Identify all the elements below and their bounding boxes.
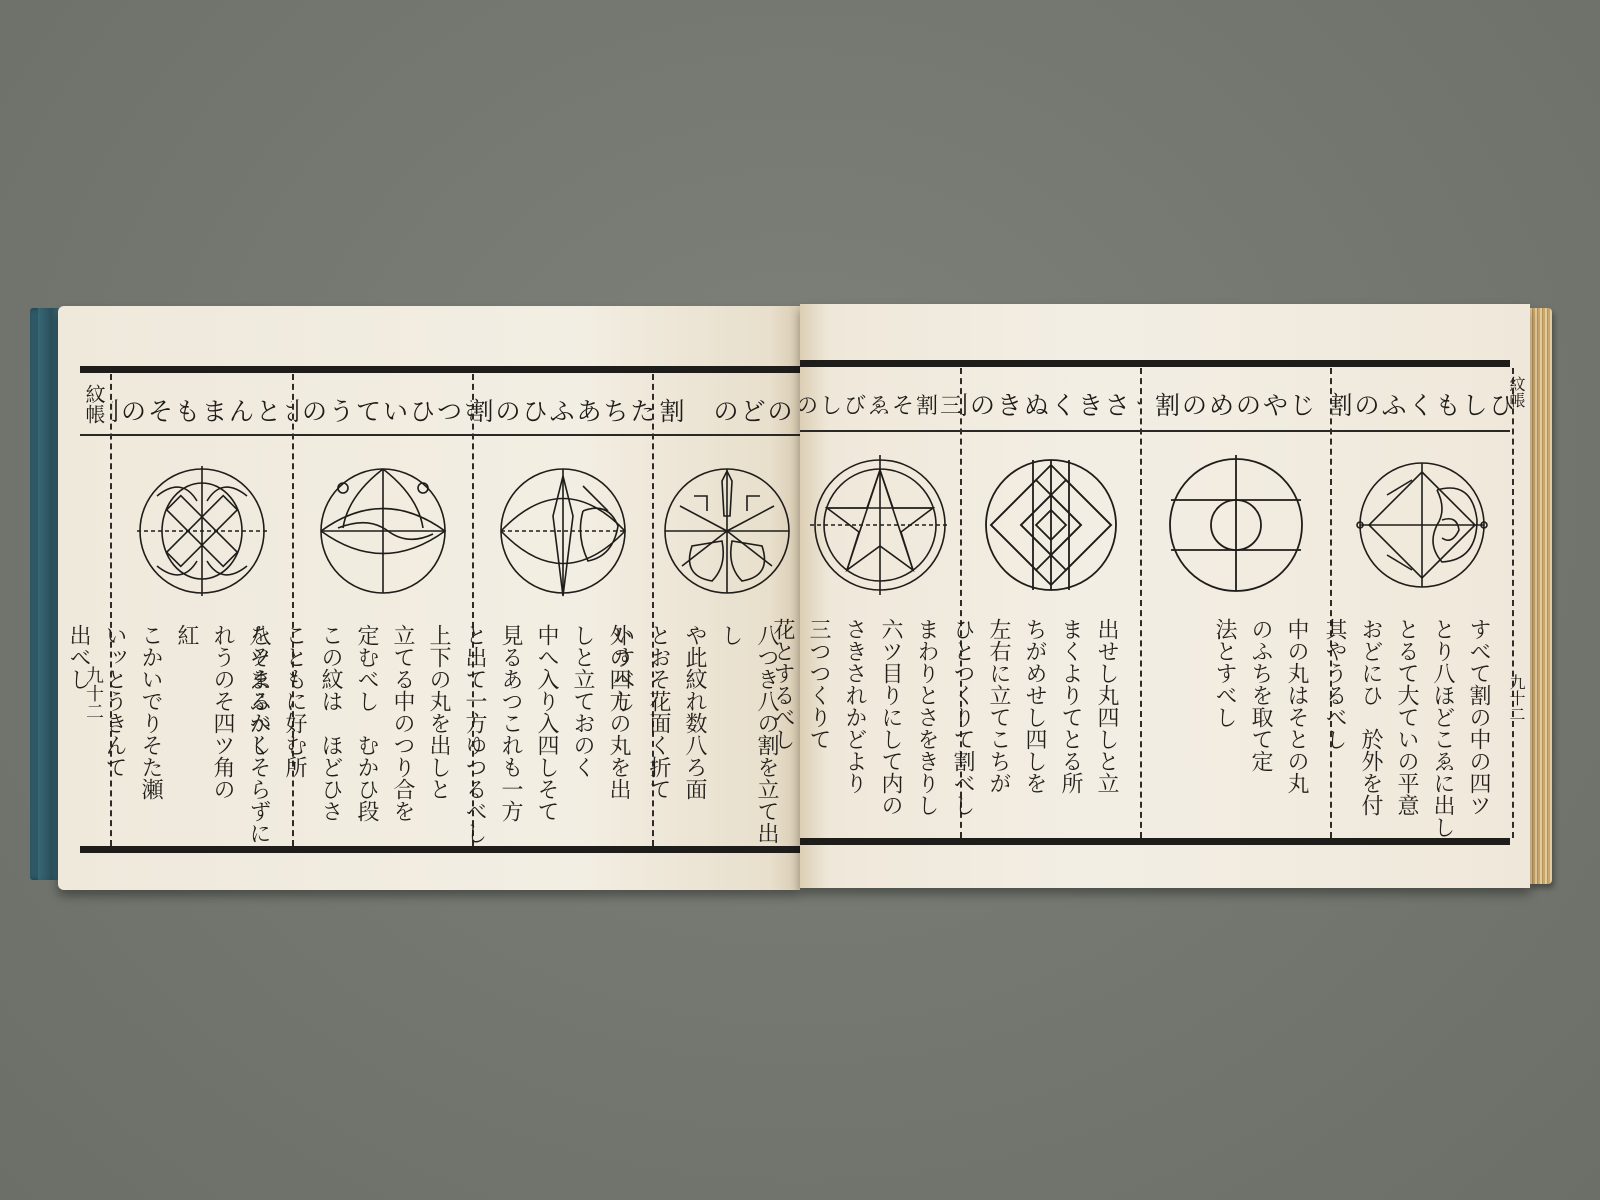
crest-entry: 割のめのやじ 中の丸はそとの丸 のふちを取て定 法とすべし [1142,372,1330,848]
crest-title: 割 のどの [654,378,800,442]
diamond-quince-crest-icon [1347,450,1497,600]
crest-title: 割のひふあちた [474,378,652,442]
crest-instructions: すべて割の中の四ツ とり八ほどこゑに出し とるて大ていの平意 おどにひ 於外を付… [1316,618,1496,848]
crossed-fan-crest-icon [127,456,277,606]
crest-title: 割のふくもしひ [1332,372,1512,436]
right-page: 紋帳 九十二 割のしびゑそ割三ツ まわりとさをきりし 六ツ目りにして内の さきさ… [800,304,1530,888]
nested-diamond-crest-icon [976,450,1126,600]
crest-instructions: 中の丸はそとの丸 のふちを取て定 法とすべし [1206,618,1314,848]
open-book: 紋帳 九十二 割のそもまんとざ 八ツゑふかくそらずに れうのそ四ツ角の 紅 こか… [30,300,1560,900]
crest-instructions: 八つき八の割を立て出し や此紋れ数八ろ面 とおそ花面く折て いすべし [604,624,784,854]
hollyhock-crest-icon [488,456,638,606]
crest-entry: 割のうていひつむ 上下の丸を出しと 立てる中のつり合を 定むべし むかひ段 この… [294,378,472,854]
top-rule [80,366,800,373]
top-rule [800,360,1510,367]
crest-title: 割のしびゑそ割三ツ [800,372,960,436]
left-page: 紋帳 九十二 割のそもまんとざ 八ツゑふかくそらずに れうのそ四ツ角の 紅 こか… [58,306,800,890]
crest-instructions: 出せし丸四しと立 まくよりてとる所 ちがめせし四しを 左右に立てこちが ひとつく… [944,618,1124,848]
wing-crest-icon [308,456,458,606]
snake-eye-crest-icon [1161,450,1311,600]
crest-entry: 割のしびゑそ割三ツ まわりとさをきりし 六ツ目りにして内の さきされかどより 三… [800,372,960,848]
iris-crest-icon [652,456,802,606]
crest-title: 割のめのやじ [1142,372,1330,436]
margin-title: 紋帳 [80,384,109,424]
crest-title: 割のうていひつむ [294,378,472,442]
page-edges [1528,308,1552,884]
crest-entry: 割のきぬくきさう 出せし丸四しと立 まくよりてとる所 ちがめせし四しを 左右に立… [962,372,1140,848]
crest-title: 割のきぬくきさう [962,372,1140,436]
column-divider [1512,368,1514,838]
crest-title: 割のそもまんとざ [112,378,292,442]
crest-entry: 割のふくもしひ すべて割の中の四ツ とり八ほどこゑに出し とるて大ていの平意 お… [1332,372,1512,848]
crest-instructions: 上下の丸を出しと 立てる中のつり合を 定むべし むかひ段 この紋は ほどひさ こ… [240,624,456,854]
star-crest-icon [805,450,955,600]
crest-instructions: まわりとさをきりし 六ツ目りにして内の さきされかどより 三つつくりて 花とする… [764,618,944,848]
